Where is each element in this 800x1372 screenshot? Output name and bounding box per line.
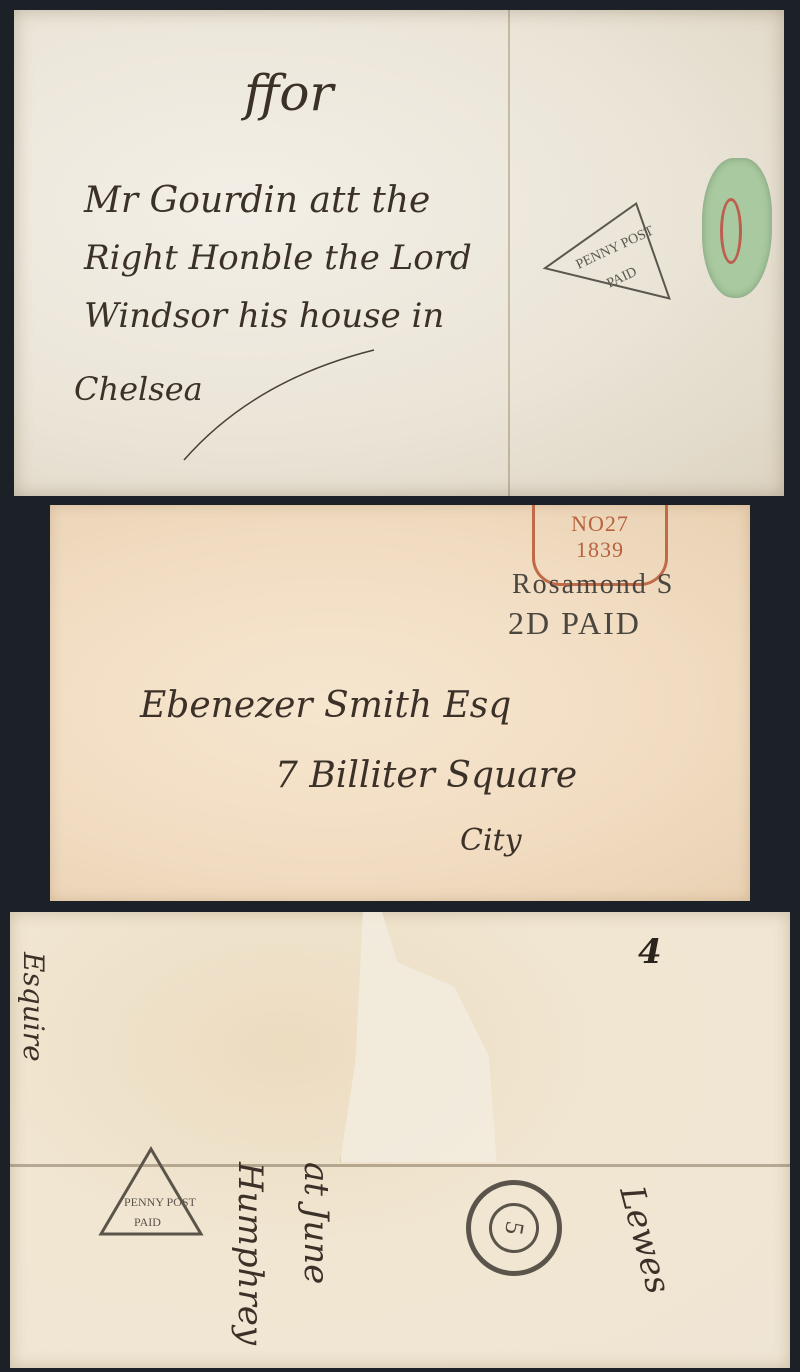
- wax-seal: [702, 158, 772, 298]
- penny-post-stamp: PENNY POST PAID: [96, 1144, 206, 1274]
- side-text: Esquire: [17, 952, 50, 1062]
- letter-cover-1: ffor Mr Gourdin att the Right Honble the…: [14, 10, 784, 496]
- address-line: City: [460, 823, 522, 858]
- address-line: Right Honble the Lord: [84, 238, 472, 278]
- fold-line: [508, 10, 510, 496]
- address-line: at June: [296, 1162, 336, 1284]
- letter-cover-3: Esquire 4 PENNY POST PAID Humphrey at Ju…: [10, 912, 790, 1368]
- time-stamp: 5: [466, 1180, 562, 1276]
- paid-stamp: 2D PAID: [508, 605, 641, 642]
- address-line: Humphrey: [230, 1162, 270, 1345]
- svg-text:PENNY POST: PENNY POST: [574, 223, 657, 272]
- rate-marking: 4: [638, 932, 662, 972]
- flourish-stroke: [174, 340, 394, 470]
- address-line: 7 Billiter Square: [275, 755, 577, 796]
- address-line: Lewes: [611, 1182, 678, 1298]
- receiving-house-stamp: Rosamond S: [512, 569, 674, 601]
- torn-flap: [340, 912, 531, 1162]
- address-line: ffor: [244, 64, 333, 122]
- svg-text:PAID: PAID: [134, 1215, 161, 1229]
- address-line: Ebenezer Smith Esq: [140, 685, 511, 726]
- penny-post-stamp: PENNY POST PAID: [523, 186, 701, 354]
- address-line: Windsor his house in: [84, 296, 444, 336]
- letter-cover-2: NO27 1839 Rosamond S 2D PAID Ebenezer Sm…: [50, 505, 750, 901]
- svg-text:PENNY POST: PENNY POST: [124, 1195, 197, 1209]
- address-line: Mr Gourdin att the: [84, 180, 430, 221]
